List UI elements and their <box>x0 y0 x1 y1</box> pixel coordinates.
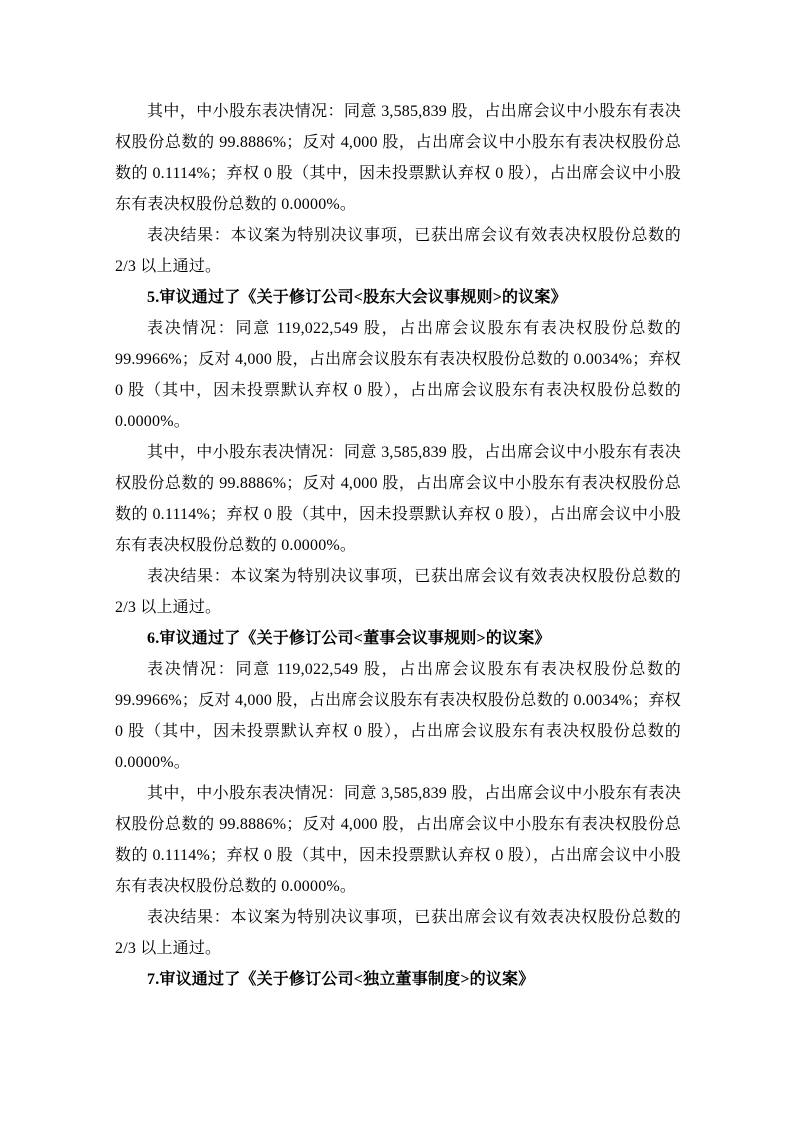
vote-result-paragraph: 表决结果：本议案为特别决议事项，已获出席会议有效表决权股份总数的 2/3 以上通… <box>115 220 681 282</box>
vote-detail-paragraph: 表决情况：同意 119,022,549 股，占出席会议股东有表决权股份总数的 9… <box>115 313 681 437</box>
proposal-heading-5: 5.审议通过了《关于修订公司<股东大会议事规则>的议案》 <box>115 282 681 313</box>
vote-detail-paragraph: 表决情况：同意 119,022,549 股，占出席会议股东有表决权股份总数的 9… <box>115 654 681 778</box>
document-page: 其中，中小股东表决情况：同意 3,585,839 股，占出席会议中小股东有表决权… <box>0 0 793 1122</box>
document-content: 其中，中小股东表决情况：同意 3,585,839 股，占出席会议中小股东有表决权… <box>115 96 681 995</box>
proposal-heading-7: 7.审议通过了《关于修订公司<独立董事制度>的议案》 <box>115 964 681 995</box>
vote-result-paragraph: 表决结果：本议案为特别决议事项，已获出席会议有效表决权股份总数的 2/3 以上通… <box>115 902 681 964</box>
proposal-heading-6: 6.审议通过了《关于修订公司<董事会议事规则>的议案》 <box>115 623 681 654</box>
minority-shareholder-vote-paragraph: 其中，中小股东表决情况：同意 3,585,839 股，占出席会议中小股东有表决权… <box>115 437 681 561</box>
minority-shareholder-vote-paragraph: 其中，中小股东表决情况：同意 3,585,839 股，占出席会议中小股东有表决权… <box>115 778 681 902</box>
minority-shareholder-vote-paragraph: 其中，中小股东表决情况：同意 3,585,839 股，占出席会议中小股东有表决权… <box>115 96 681 220</box>
vote-result-paragraph: 表决结果：本议案为特别决议事项，已获出席会议有效表决权股份总数的 2/3 以上通… <box>115 561 681 623</box>
